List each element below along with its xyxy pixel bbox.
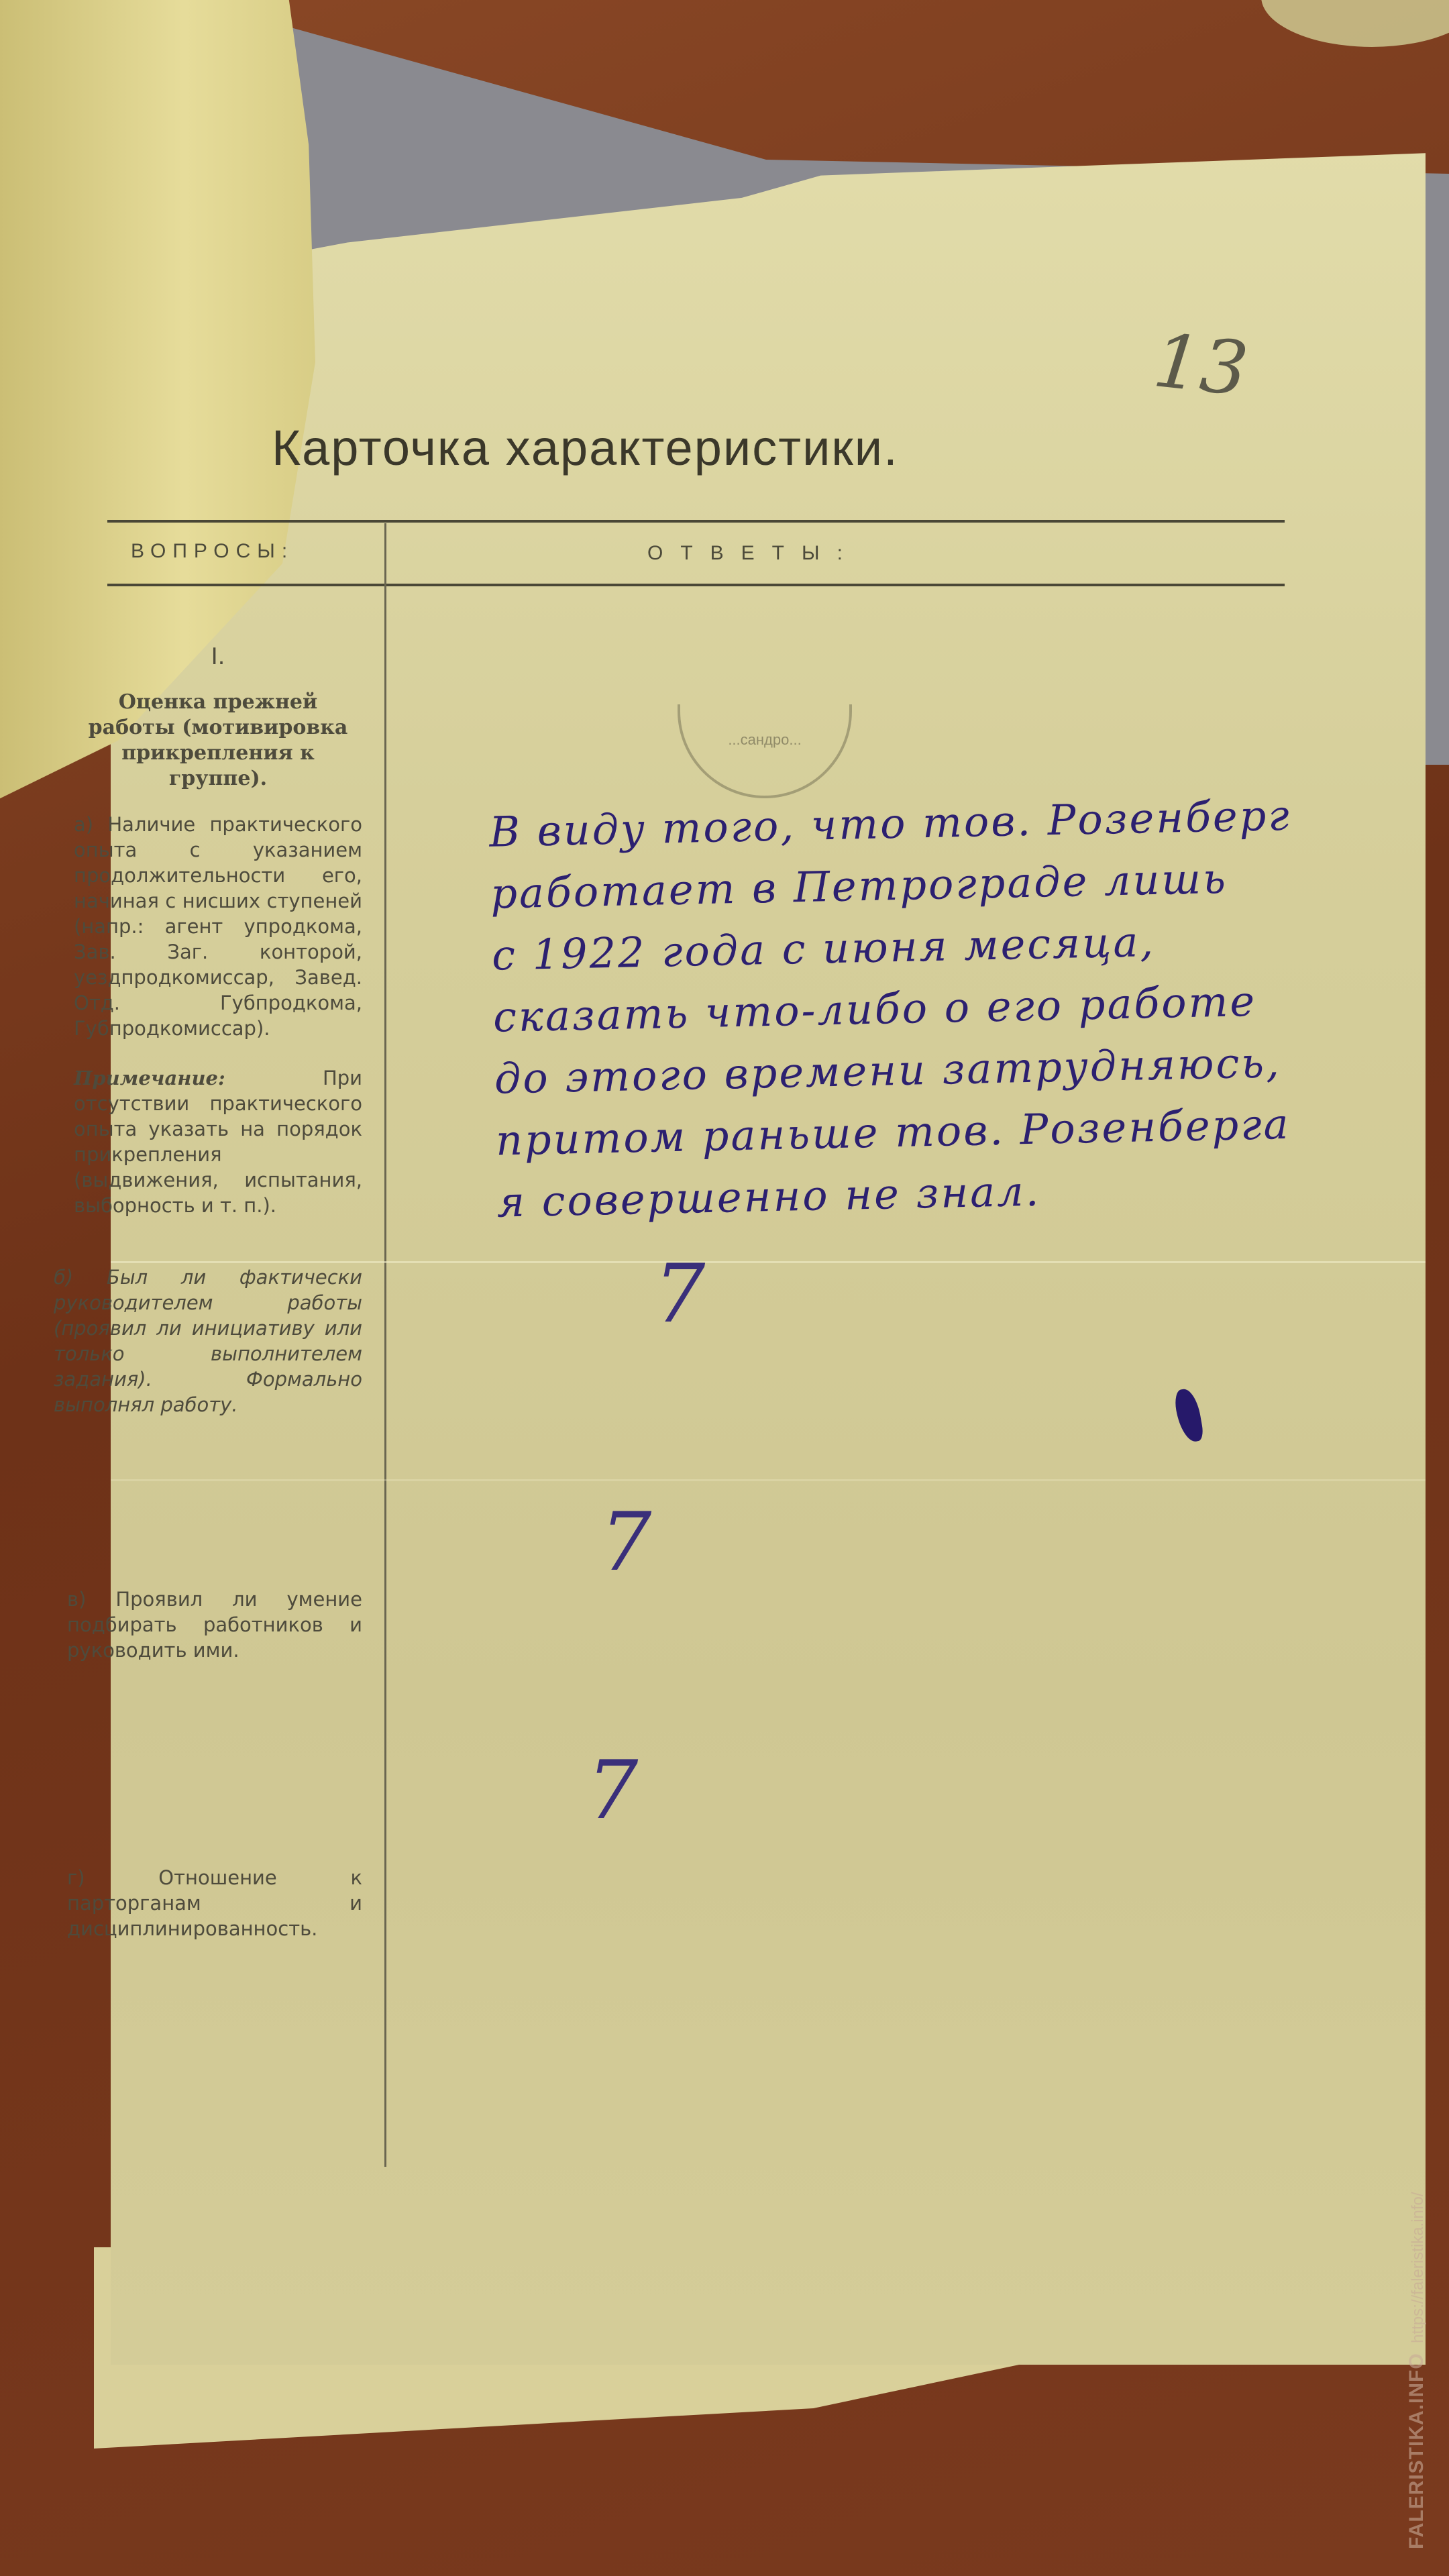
question-b-text: б) Был ли фактически руководителем работ… <box>54 1265 362 1417</box>
watermark: FALERISTIKA.INFO https://faleristika.inf… <box>1405 2192 1428 2549</box>
page-fold <box>111 1261 1426 1263</box>
question-a-note: Примечание: При отсутствии практического… <box>74 1065 362 1218</box>
question-g-text: г) Отношение к парторганам и дисциплинир… <box>67 1865 362 1941</box>
section-number: I. <box>74 644 362 669</box>
section-heading: Оценка прежней работы (мотивировка прикр… <box>74 690 362 792</box>
handwritten-answer-g: 7 <box>587 1744 638 1837</box>
watermark-brand: FALERISTIKA.INFO <box>1405 2353 1428 2549</box>
question-a-block: I. Оценка прежней работы (мотивировка пр… <box>74 644 362 1218</box>
handwritten-answer-b: 7 <box>654 1248 705 1341</box>
handwritten-answer-v: 7 <box>600 1496 651 1589</box>
watermark-url: https://faleristika.info/ <box>1409 2192 1427 2343</box>
questions-header: ВОПРОСЫ: <box>131 540 294 563</box>
question-a-text: а) Наличие практического опыта с указани… <box>74 812 362 1041</box>
question-b-block: б) Был ли фактически руководителем работ… <box>54 1265 362 1417</box>
question-v-block: в) Проявил ли умение подбирать работнико… <box>67 1587 362 1663</box>
header-rule-bottom <box>107 584 1285 586</box>
note-label: Примечание: <box>74 1067 225 1089</box>
header-rule-top <box>107 520 1285 523</box>
question-v-text: в) Проявил ли умение подбирать работнико… <box>67 1587 362 1663</box>
document-title: Карточка характеристики. <box>272 419 899 476</box>
question-g-block: г) Отношение к парторганам и дисциплинир… <box>67 1865 362 1941</box>
folio-number: 13 <box>1150 317 1252 413</box>
answers-header: ОТВЕТЫ: <box>647 542 860 565</box>
handwritten-answer-a: В виду того, что тов. Розенберг работает… <box>488 782 1436 1233</box>
page-fold <box>111 1479 1426 1481</box>
column-divider <box>384 523 386 2167</box>
